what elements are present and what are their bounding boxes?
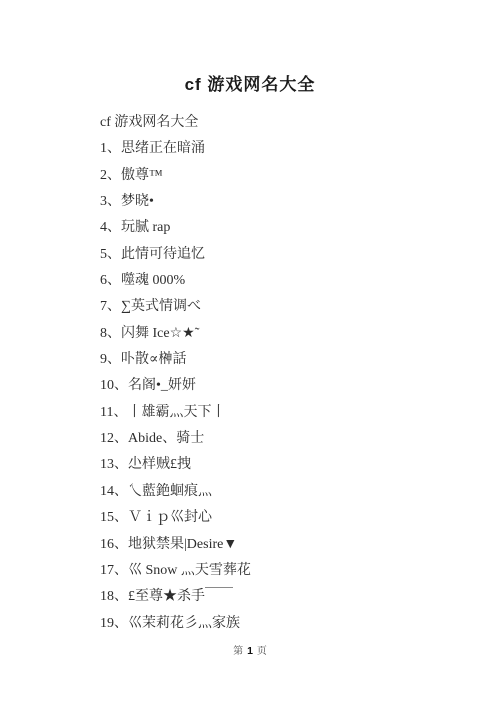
list-item: 12、Abide、骑士 [100, 430, 470, 456]
list-item: 1、思绪正在暗涌 [100, 140, 470, 166]
list-item: 11、丨雄霸灬天下丨 [100, 404, 470, 430]
document-page: cf 游戏网名大全 cf 游戏网名大全 1、思绪正在暗涌2、傲尊™3、梦晓•4、… [0, 0, 500, 708]
list-item: 14、乀藍銫蛔痕灬 [100, 483, 470, 509]
list-heading: cf 游戏网名大全 [100, 114, 470, 140]
footer-page-number: 1 [247, 645, 253, 657]
list-item: 10、名阁•_妍妍 [100, 377, 470, 403]
list-item: 15、Ｖｉｐ巛封心 [100, 509, 470, 535]
list-item: 19、巛茉莉花彡灬家族 [100, 615, 470, 641]
page-footer: 第1页 [0, 642, 500, 657]
list-item: 5、此情可待追忆 [100, 246, 470, 272]
list-item: 2、傲尊™ [100, 167, 470, 193]
list-item: 13、尐样贼£拽 [100, 456, 470, 482]
list-item: 8、闪舞 Ice☆★˜ [100, 325, 470, 351]
footer-suffix: 页 [257, 646, 267, 657]
page-title: cf 游戏网名大全 [0, 70, 500, 95]
list-item: 16、地狱禁果|Desire▼ [100, 536, 470, 562]
name-list: cf 游戏网名大全 1、思绪正在暗涌2、傲尊™3、梦晓•4、玩腻 rap5、此情… [100, 114, 470, 641]
list-item: 9、卟散∝榊話 [100, 351, 470, 377]
list-item: 17、巛 Snow 灬天雪葬花 [100, 562, 470, 588]
footer-prefix: 第 [233, 646, 243, 657]
list-item: 3、梦晓• [100, 193, 470, 219]
list-item: 6、噬魂 000% [100, 272, 470, 298]
list-item: 18、£至尊★杀手￣￣ [100, 588, 470, 614]
list-item: 7、∑英式情调べ [100, 298, 470, 324]
list-item: 4、玩腻 rap [100, 219, 470, 245]
